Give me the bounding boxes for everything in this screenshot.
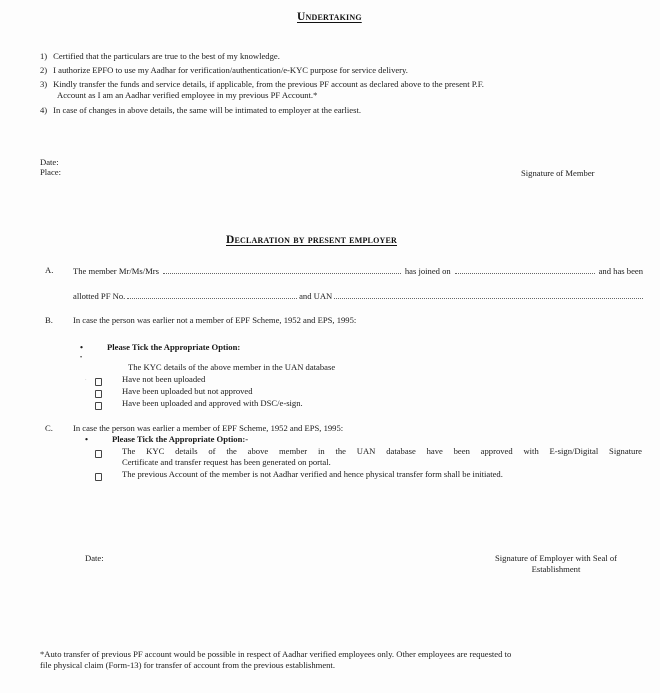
option-b3[interactable]: [95, 400, 102, 411]
checkbox-icon[interactable]: [95, 402, 102, 410]
member-place-label: Place:: [40, 167, 61, 178]
checkbox-icon[interactable]: [95, 390, 102, 398]
option-b2-label: Have been uploaded but not approved: [122, 386, 253, 397]
member-name-field[interactable]: [163, 265, 401, 274]
checkbox-icon[interactable]: [95, 378, 102, 386]
checkbox-icon[interactable]: [95, 450, 102, 458]
option-b1-label: Have not been uploaded: [122, 374, 205, 385]
section-c-text: In case the person was earlier a member …: [73, 423, 343, 434]
bullet-icon: •: [85, 434, 88, 445]
footnote-line-1: *Auto transfer of previous PF account wo…: [40, 649, 511, 660]
undertaking-item-1: 1) Certified that the particulars are tr…: [40, 51, 280, 62]
section-b-kyc-text: The KYC details of the above member in t…: [128, 362, 335, 373]
option-c1[interactable]: [95, 448, 102, 459]
stray-dot: ·: [85, 375, 87, 386]
section-b-marker: B.: [45, 315, 53, 326]
checkbox-icon[interactable]: [95, 473, 102, 481]
bullet-small-icon: •: [80, 353, 82, 364]
undertaking-item-4: 4) In case of changes in above details, …: [40, 105, 361, 116]
section-a-marker: A.: [45, 265, 53, 276]
employer-date-label: Date:: [85, 553, 104, 564]
option-b2[interactable]: [95, 388, 102, 399]
undertaking-item-2: 2) I authorize EPFO to use my Aadhar for…: [40, 65, 408, 76]
section-c-tick-label: Please Tick the Appropriate Option:-: [112, 434, 248, 445]
undertaking-item-3-cont: Account as I am an Aadhar verified emplo…: [57, 90, 317, 101]
option-b1[interactable]: [95, 376, 102, 387]
option-c2-label: The previous Account of the member is no…: [122, 469, 503, 480]
member-signature-label: Signature of Member: [521, 168, 595, 179]
employer-signature-label: Signature of Employer with Seal of Estab…: [476, 553, 636, 575]
section-b-tick-label: Please Tick the Appropriate Option:: [107, 342, 240, 353]
undertaking-item-3: 3) Kindly transfer the funds and service…: [40, 79, 484, 90]
pf-no-field[interactable]: [127, 290, 297, 299]
option-c1-label: The KYC details of the above member in t…: [122, 446, 642, 457]
section-c-marker: C.: [45, 423, 53, 434]
option-c2[interactable]: [95, 471, 102, 482]
uan-field[interactable]: [334, 290, 643, 299]
undertaking-title: Undertaking: [297, 11, 362, 23]
footnote-line-2: file physical claim (Form-13) for transf…: [40, 660, 335, 671]
joined-on-field[interactable]: [455, 265, 595, 274]
section-a-line2: allotted PF No. and UAN: [73, 290, 643, 302]
declaration-title: Declaration by present employer: [226, 234, 397, 246]
section-b-text: In case the person was earlier not a mem…: [73, 315, 356, 326]
option-b3-label: Have been uploaded and approved with DSC…: [122, 398, 303, 409]
section-a-line1: The member Mr/Ms/Mrs has joined on and h…: [73, 265, 643, 277]
option-c1-label-cont: Certificate and transfer request has bee…: [122, 457, 331, 468]
bullet-icon: •: [80, 342, 83, 353]
